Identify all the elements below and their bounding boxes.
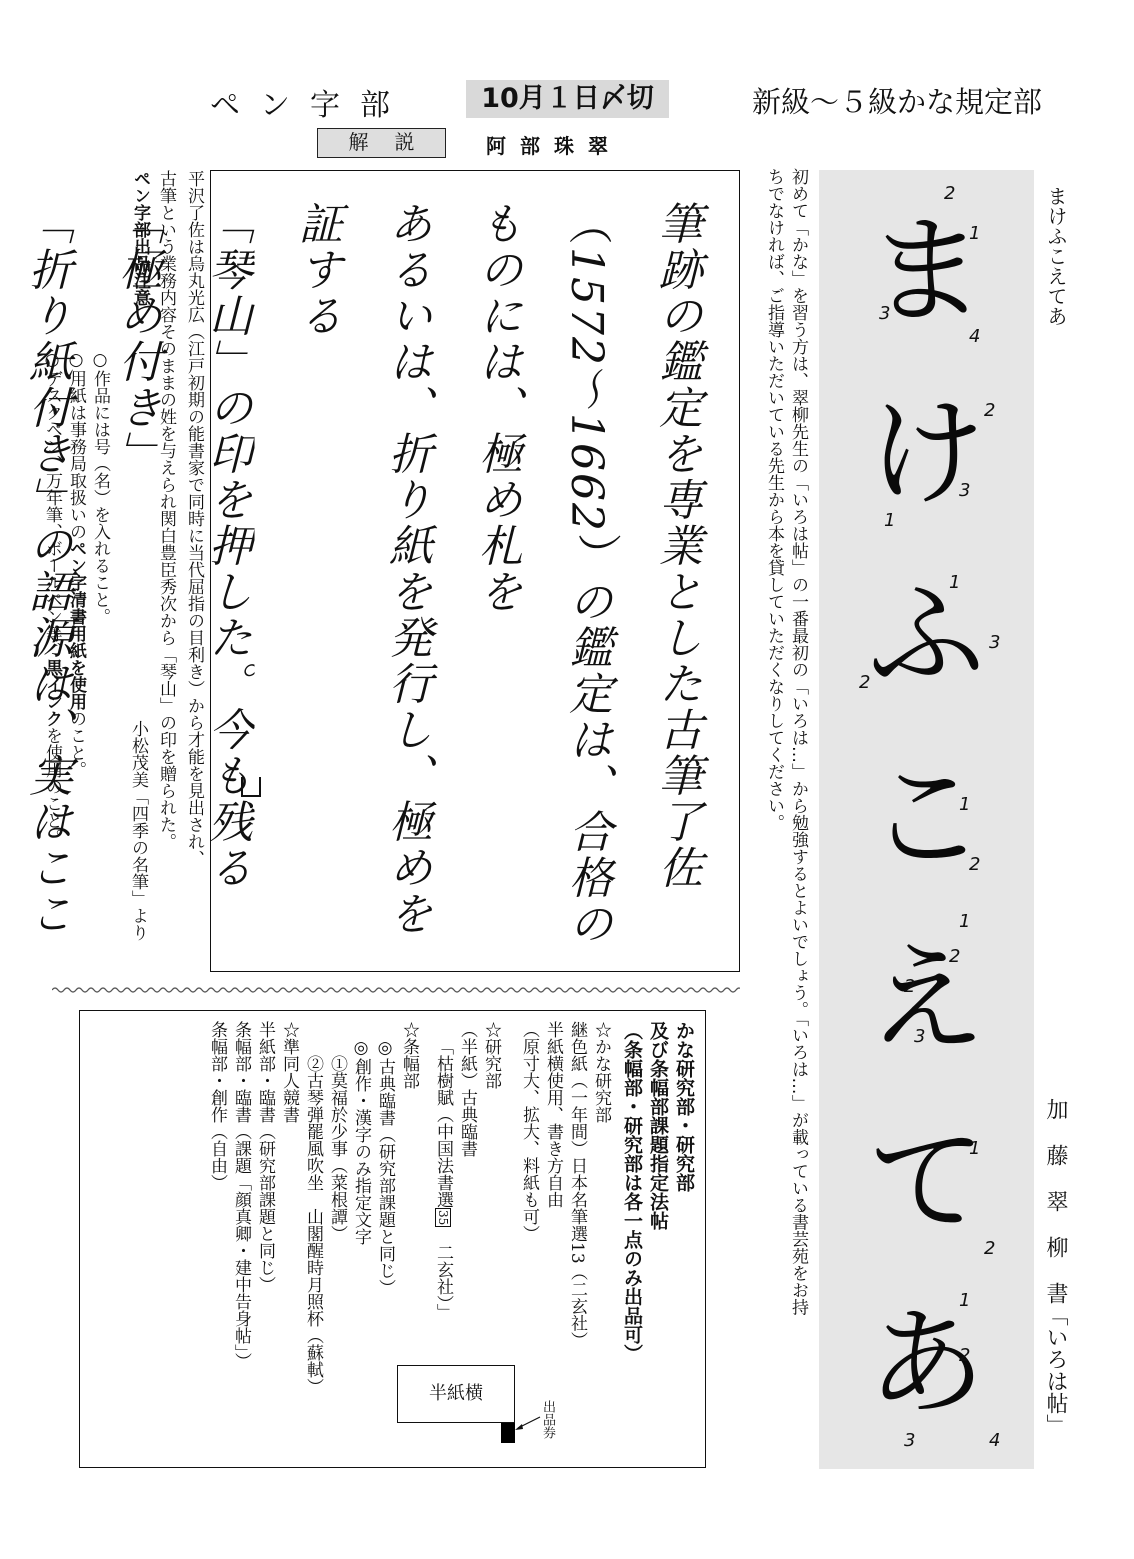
wavy-divider <box>52 985 740 995</box>
jun-dojin-line: 条幅部・創作（自由） <box>205 1021 229 1461</box>
commentary-label: 解説 <box>317 128 446 158</box>
specimen-text: 筆跡の鑑定を専業とした古筆了佐 （1572～1662）の鑑定は、合格のものには、… <box>0 201 721 961</box>
specimen-line: あるいは、折り紙を発行し、極めを証する <box>271 201 451 961</box>
assignment-title: かな研究部・研究部 <box>671 1021 697 1461</box>
hanshi-paper-diagram: 半紙横 <box>397 1365 515 1423</box>
specimen-line: （1572～1662）の鑑定は、合格のものには、極め札を <box>451 201 631 961</box>
kana-glyph: え 1 2 2 3 <box>819 908 1034 1090</box>
jofuku-line: ◎創作・漢字のみ指定文字 <box>349 1021 373 1461</box>
jofuku-line: ②古琴弾罷風吹坐 山閣醒時月照杯（蘇軾） <box>301 1021 325 1461</box>
kana-research-line: 半紙横使用、書き方自由 <box>541 1021 565 1461</box>
kana-glyph: あ 1 2 3 4 <box>819 1272 1034 1454</box>
jofuku-line: ①莫福於少事（菜根譚） <box>325 1021 349 1461</box>
assignment-box: かな研究部・研究部 及び条幅部課題指定法帖 （条幅部・研究部は各一点のみ出品可）… <box>79 1010 706 1468</box>
author-name: 阿部珠翠 <box>486 130 622 159</box>
entry-ticket-label: 出品券 <box>540 1400 554 1439</box>
handwriting-specimen: 筆跡の鑑定を専業とした古筆了佐 （1572～1662）の鑑定は、合格のものには、… <box>210 170 740 972</box>
kana-reading-label: まけふこえてあ <box>1044 186 1068 326</box>
kana-glyph: こ 1 2 <box>819 726 1034 908</box>
kana-research-heading: ☆かな研究部 <box>589 1021 613 1461</box>
kana-research-line: 継色紙（一年間）日本名筆選13（二玄社） <box>565 1021 589 1461</box>
seal-mark <box>241 777 261 797</box>
kana-glyph: ま 2 1 3 4 <box>819 180 1034 362</box>
specimen-line: 筆跡の鑑定を専業とした古筆了佐 <box>631 201 721 961</box>
deadline-badge: 10月１日〆切 <box>466 80 669 118</box>
kana-model-panel: ま 2 1 3 4 け 1 2 3 ふ 1 2 3 こ 1 2 え 1 2 2 … <box>819 170 1034 1469</box>
grade-title: 新級～５級かな規定部 <box>752 80 1042 121</box>
kana-intro-text: 初めて「かな」を習う方は、翠柳先生の「いろは帖」の一番最初の「いろは…」から勉強… <box>762 168 810 1488</box>
jofuku-line: ◎古典臨書（研究部課題と同じ） <box>373 1021 397 1461</box>
section-title: ペン字部 <box>210 80 410 124</box>
kana-research-line: （原寸大、拡大、料紙も可） <box>517 1021 541 1461</box>
specimen-line: 「琴山」の印を押した。今も残る「極め付き」 <box>91 201 271 961</box>
jun-dojin-line: 半紙部・臨書（研究部課題と同じ） <box>253 1021 277 1461</box>
assignment-note: （条幅部・研究部は各一点のみ出品可） <box>619 1021 645 1461</box>
specimen-line: 「折り紙付き」の語源は、実はここにある。 <box>0 201 91 961</box>
assignment-title: 及び条幅部課題指定法帖 <box>645 1021 671 1461</box>
kana-credit: 加藤翠柳書「いろは帖」 <box>1042 1098 1068 1436</box>
arrow-icon <box>512 1413 542 1433</box>
jun-dojin-line: 条幅部・臨書（課題「顔真卿・建中告身帖」） <box>229 1021 253 1461</box>
kana-glyph: け 1 2 3 <box>819 362 1034 544</box>
kana-glyph: て 1 2 <box>819 1090 1034 1272</box>
jun-dojin-heading: ☆準同人競書 <box>277 1021 301 1461</box>
kana-glyph: ふ 1 2 3 <box>819 544 1034 726</box>
